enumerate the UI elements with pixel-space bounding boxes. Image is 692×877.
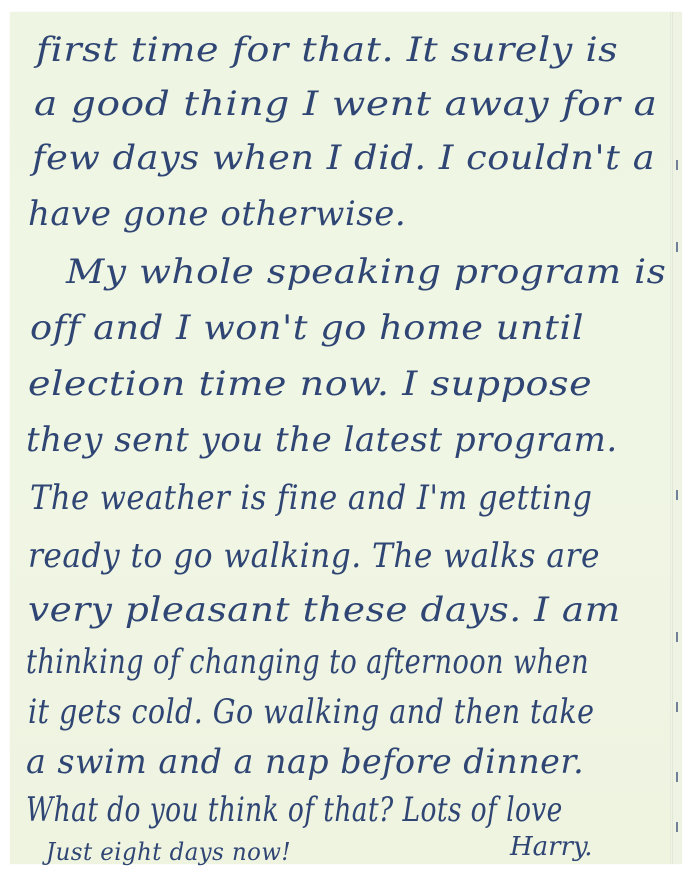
- letter-line: have gone otherwise.: [28, 194, 406, 234]
- letter-line: thinking of changing to afternoon when: [26, 642, 589, 682]
- scanned-letter: first time for that. It surely is a good…: [0, 0, 692, 877]
- postscript: Just eight days now!: [46, 838, 291, 866]
- letter-line: off and I won't go home until: [30, 308, 584, 348]
- letter-line: My whole speaking program is: [66, 252, 666, 292]
- adjacent-page-ink-mark: [676, 160, 678, 170]
- letter-line: it gets cold. Go walking and then take: [28, 692, 594, 732]
- letter-line: election time now. I suppose: [28, 364, 592, 404]
- adjacent-page-ink-mark: [676, 772, 678, 782]
- letter-line: first time for that. It surely is: [36, 30, 618, 70]
- adjacent-page-ink-mark: [676, 490, 678, 500]
- letter-line: they sent you the latest program.: [26, 420, 618, 460]
- adjacent-page-ink-mark: [676, 702, 678, 712]
- signature: Harry.: [510, 832, 593, 862]
- adjacent-page-ink-mark: [676, 242, 678, 252]
- letter-line: very pleasant these days. I am: [28, 590, 621, 630]
- adjacent-page-ink-mark: [676, 822, 678, 832]
- adjacent-page-ink-mark: [676, 632, 678, 642]
- letter-line: a swim and a nap before dinner.: [26, 742, 584, 782]
- letter-line: The weather is fine and I'm getting: [30, 478, 592, 518]
- letter-line: few days when I did. I couldn't a: [32, 138, 655, 178]
- letter-line: What do you think of that? Lots of love: [26, 790, 563, 830]
- letter-line: ready to go walking. The walks are: [28, 536, 600, 576]
- letter-line: a good thing I went away for a: [34, 84, 657, 124]
- adjacent-page-edge: [673, 12, 682, 864]
